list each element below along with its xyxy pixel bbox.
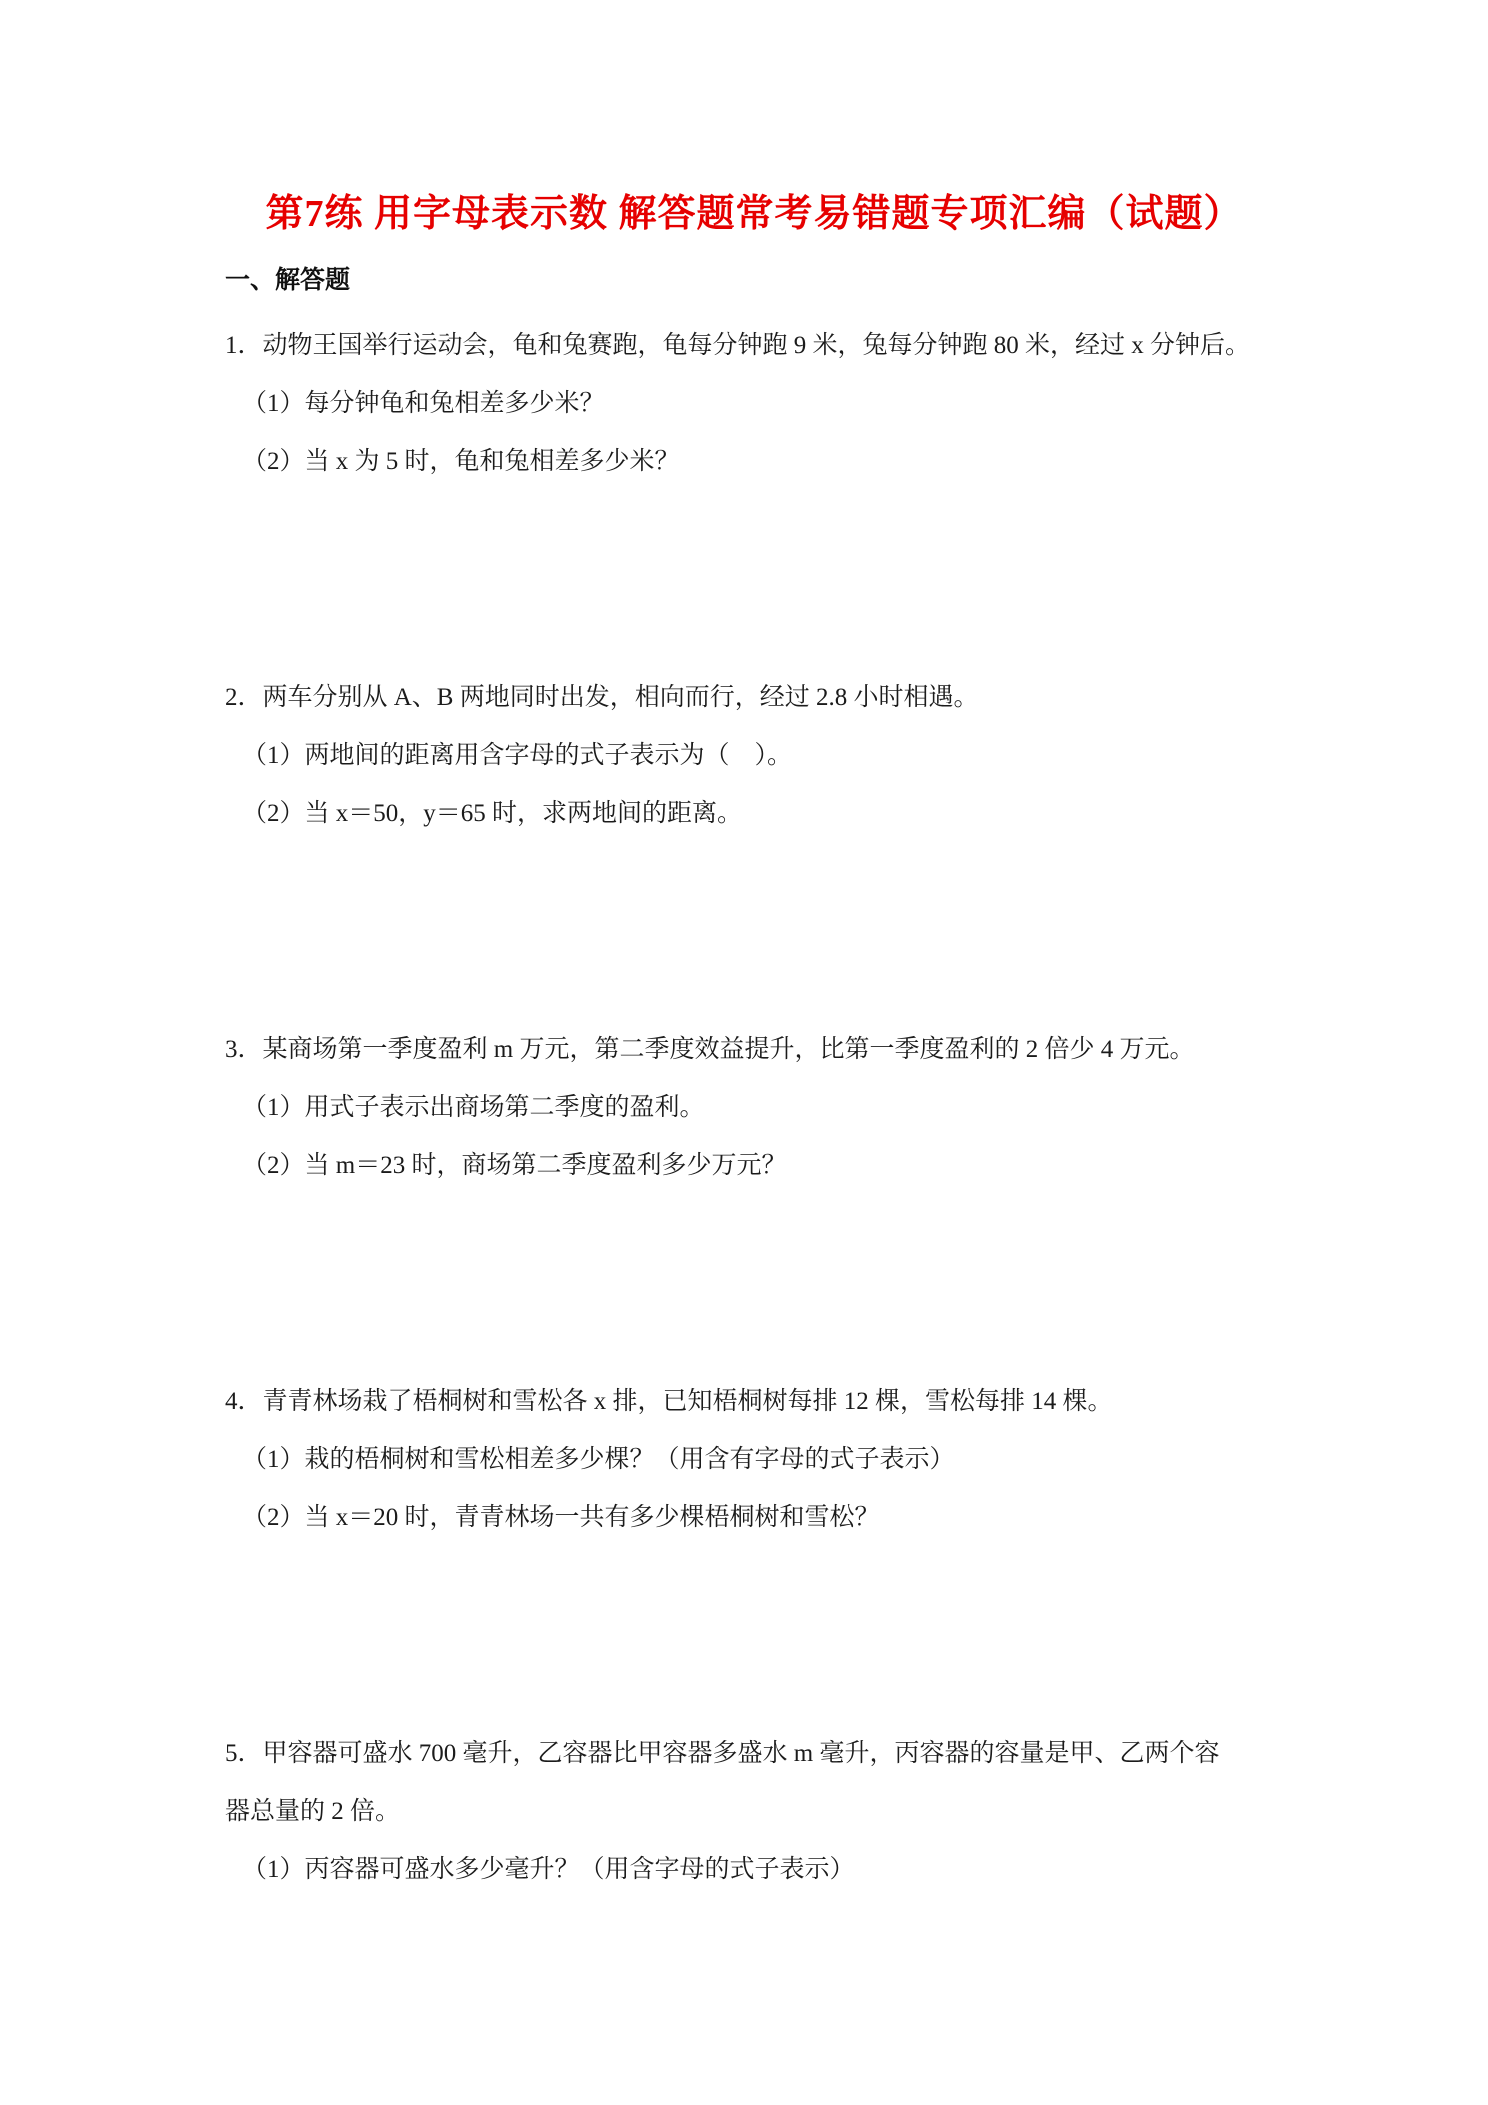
question-1-stem: 1．动物王国举行运动会，龟和兔赛跑，龟每分钟跑 9 米，兔每分钟跑 80 米，经… xyxy=(225,331,1283,361)
question-5-part-1: （1）丙容器可盛水多少毫升？（用含字母的式子表示） xyxy=(225,1855,1283,1885)
question-5-stem-line-2: 器总量的 2 倍。 xyxy=(225,1797,1283,1827)
question-5-stem-line-1: 5．甲容器可盛水 700 毫升，乙容器比甲容器多盛水 m 毫升，丙容器的容量是甲… xyxy=(225,1739,1283,1769)
answer-space-1 xyxy=(225,505,1283,683)
question-1-part-2: （2）当 x 为 5 时，龟和兔相差多少米？ xyxy=(225,447,1283,477)
page-content: 第7练 用字母表示数 解答题常考易错题专项汇编（试题） 一、解答题 1．动物王国… xyxy=(0,0,1488,1885)
page-title: 第7练 用字母表示数 解答题常考易错题专项汇编（试题） xyxy=(225,0,1283,236)
answer-space-2 xyxy=(225,857,1283,1035)
question-1: 1．动物王国举行运动会，龟和兔赛跑，龟每分钟跑 9 米，兔每分钟跑 80 米，经… xyxy=(225,331,1283,683)
question-3: 3．某商场第一季度盈利 m 万元，第二季度效益提升，比第一季度盈利的 2 倍少 … xyxy=(225,1035,1283,1387)
answer-space-3 xyxy=(225,1209,1283,1387)
question-3-part-1: （1）用式子表示出商场第二季度的盈利。 xyxy=(225,1093,1283,1123)
question-2-stem: 2．两车分别从 A、B 两地同时出发，相向而行，经过 2.8 小时相遇。 xyxy=(225,683,1283,713)
worksheet-page: 第7练 用字母表示数 解答题常考易错题专项汇编（试题） 一、解答题 1．动物王国… xyxy=(0,0,1488,2105)
question-5: 5．甲容器可盛水 700 毫升，乙容器比甲容器多盛水 m 毫升，丙容器的容量是甲… xyxy=(225,1739,1283,1885)
question-4-part-1: （1）栽的梧桐树和雪松相差多少棵？（用含有字母的式子表示） xyxy=(225,1445,1283,1475)
answer-space-4 xyxy=(225,1561,1283,1739)
question-2: 2．两车分别从 A、B 两地同时出发，相向而行，经过 2.8 小时相遇。 （1）… xyxy=(225,683,1283,1035)
question-4: 4．青青林场栽了梧桐树和雪松各 x 排，已知梧桐树每排 12 棵，雪松每排 14… xyxy=(225,1387,1283,1739)
question-1-part-1: （1）每分钟龟和兔相差多少米？ xyxy=(225,389,1283,419)
question-3-stem: 3．某商场第一季度盈利 m 万元，第二季度效益提升，比第一季度盈利的 2 倍少 … xyxy=(225,1035,1283,1065)
question-2-part-1: （1）两地间的距离用含字母的式子表示为（ ）。 xyxy=(225,741,1283,771)
question-4-part-2: （2）当 x＝20 时，青青林场一共有多少棵梧桐树和雪松？ xyxy=(225,1503,1283,1533)
question-4-stem: 4．青青林场栽了梧桐树和雪松各 x 排，已知梧桐树每排 12 棵，雪松每排 14… xyxy=(225,1387,1283,1417)
question-2-part-2: （2）当 x＝50，y＝65 时，求两地间的距离。 xyxy=(225,799,1283,829)
section-header: 一、解答题 xyxy=(225,266,1283,296)
question-3-part-2: （2）当 m＝23 时，商场第二季度盈利多少万元？ xyxy=(225,1151,1283,1181)
